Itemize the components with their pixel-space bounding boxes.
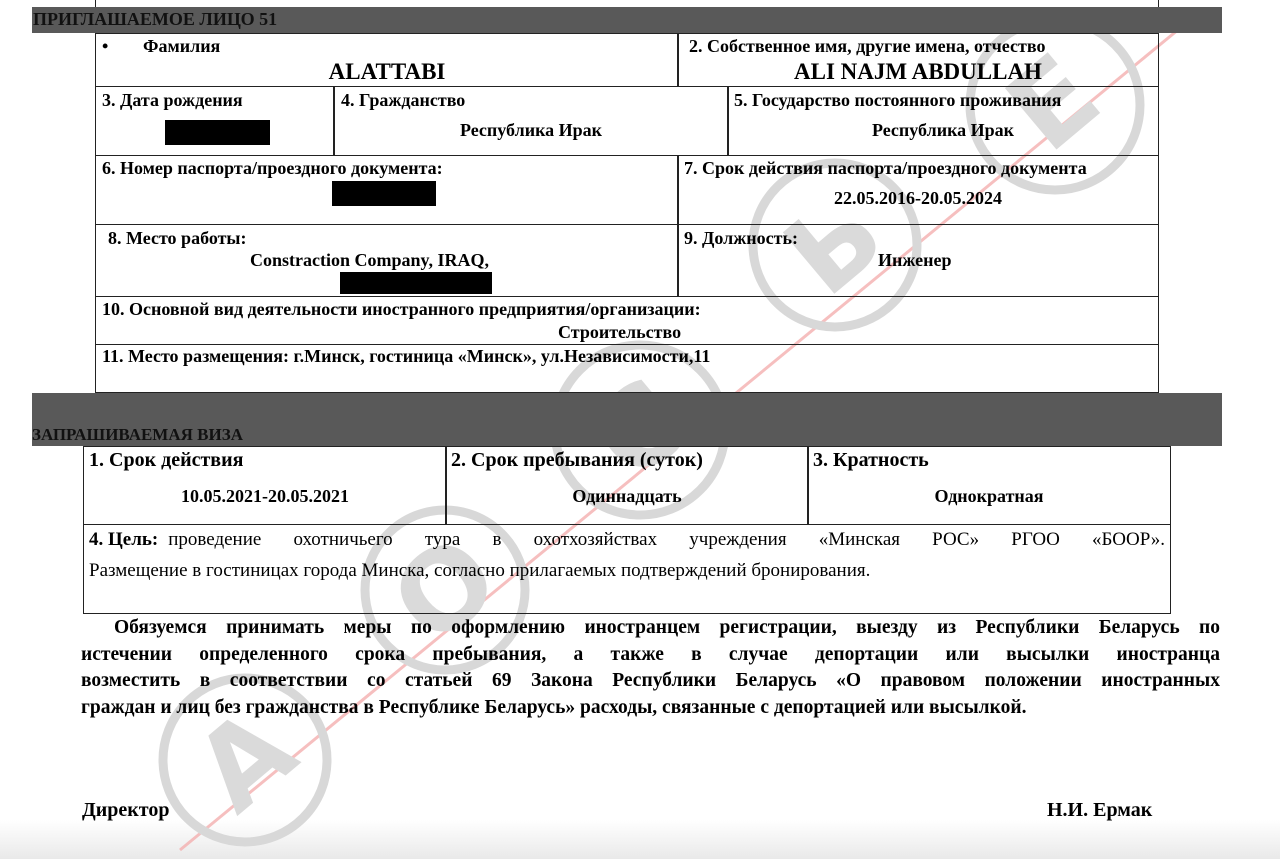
visa-multiplicity-value: Однократная [807, 486, 1171, 507]
passport-number-redaction [332, 181, 436, 206]
obligation-line: граждан и лиц без гражданства в Республи… [81, 695, 1220, 722]
visa-validity-label: 1. Срок действия [89, 449, 243, 472]
citizenship-value: Республика Ирак [333, 120, 729, 141]
residence-value: Республика Ирак [727, 120, 1159, 141]
given-names-value: ALI NAJM ABDULLAH [677, 59, 1159, 85]
visa-purpose: 4. Цель: проведение охотничьего тура в о… [89, 524, 1165, 586]
signature-title: Директор [82, 799, 170, 822]
surname-bullet: • [102, 36, 108, 57]
passport-number-label: 6. Номер паспорта/проездного документа: [102, 158, 443, 179]
residence-label: 5. Государство постоянного проживания [734, 90, 1061, 111]
given-names-label: 2. Собственное имя, другие имена, отчест… [689, 36, 1045, 57]
workplace-label: 8. Место работы: [108, 228, 246, 249]
activity-value: Строительство [558, 322, 681, 343]
passport-validity-label: 7. Срок действия паспорта/проездного док… [684, 158, 1087, 179]
obligation-line: возместить в соответствии со статьей 69 … [81, 668, 1220, 695]
surname-label: Фамилия [143, 36, 220, 57]
obligation-paragraph: Обязуемся принимать меры по оформлению и… [81, 615, 1220, 721]
visa-stay-label: 2. Срок пребывания (суток) [451, 449, 703, 472]
visa-multiplicity-label: 3. Кратность [813, 449, 929, 472]
visa-purpose-text-line1: проведение охотничьего тура в охотхозяйс… [168, 524, 1165, 555]
accommodation-label: 11. Место размещения: г.Минск, гостиница… [102, 346, 710, 367]
visa-purpose-text-line2: Размещение в гостиницах города Минска, с… [89, 555, 1165, 586]
visa-validity-value: 10.05.2021-20.05.2021 [83, 486, 447, 507]
section-header-visa: ЗАПРАШИВАЕМАЯ ВИЗА [32, 425, 243, 445]
position-label: 9. Должность: [684, 228, 798, 249]
birth-date-label: 3. Дата рождения [102, 90, 243, 111]
citizenship-label: 4. Гражданство [341, 90, 465, 111]
activity-label: 10. Основной вид деятельности иностранно… [102, 299, 701, 320]
passport-validity-value: 22.05.2016-20.05.2024 [677, 188, 1159, 209]
obligation-line: Обязуемся принимать меры по оформлению и… [81, 615, 1220, 642]
visa-purpose-label: 4. Цель: [89, 524, 158, 555]
position-value: Инженер [878, 250, 952, 271]
visa-stay-value: Одиннадцать [445, 486, 809, 507]
surname-value: ALATTABI [95, 59, 679, 85]
workplace-redaction [340, 272, 492, 294]
birth-date-redaction [165, 120, 270, 145]
section-header-invited: ПРИГЛАШАЕМОЕ ЛИЦО 51 [33, 9, 277, 30]
workplace-value: Constraction Company, IRAQ, [250, 250, 489, 271]
obligation-line: истечении определенного срока пребывания… [81, 642, 1220, 669]
signature-name: Н.И. Ермак [1047, 799, 1152, 822]
